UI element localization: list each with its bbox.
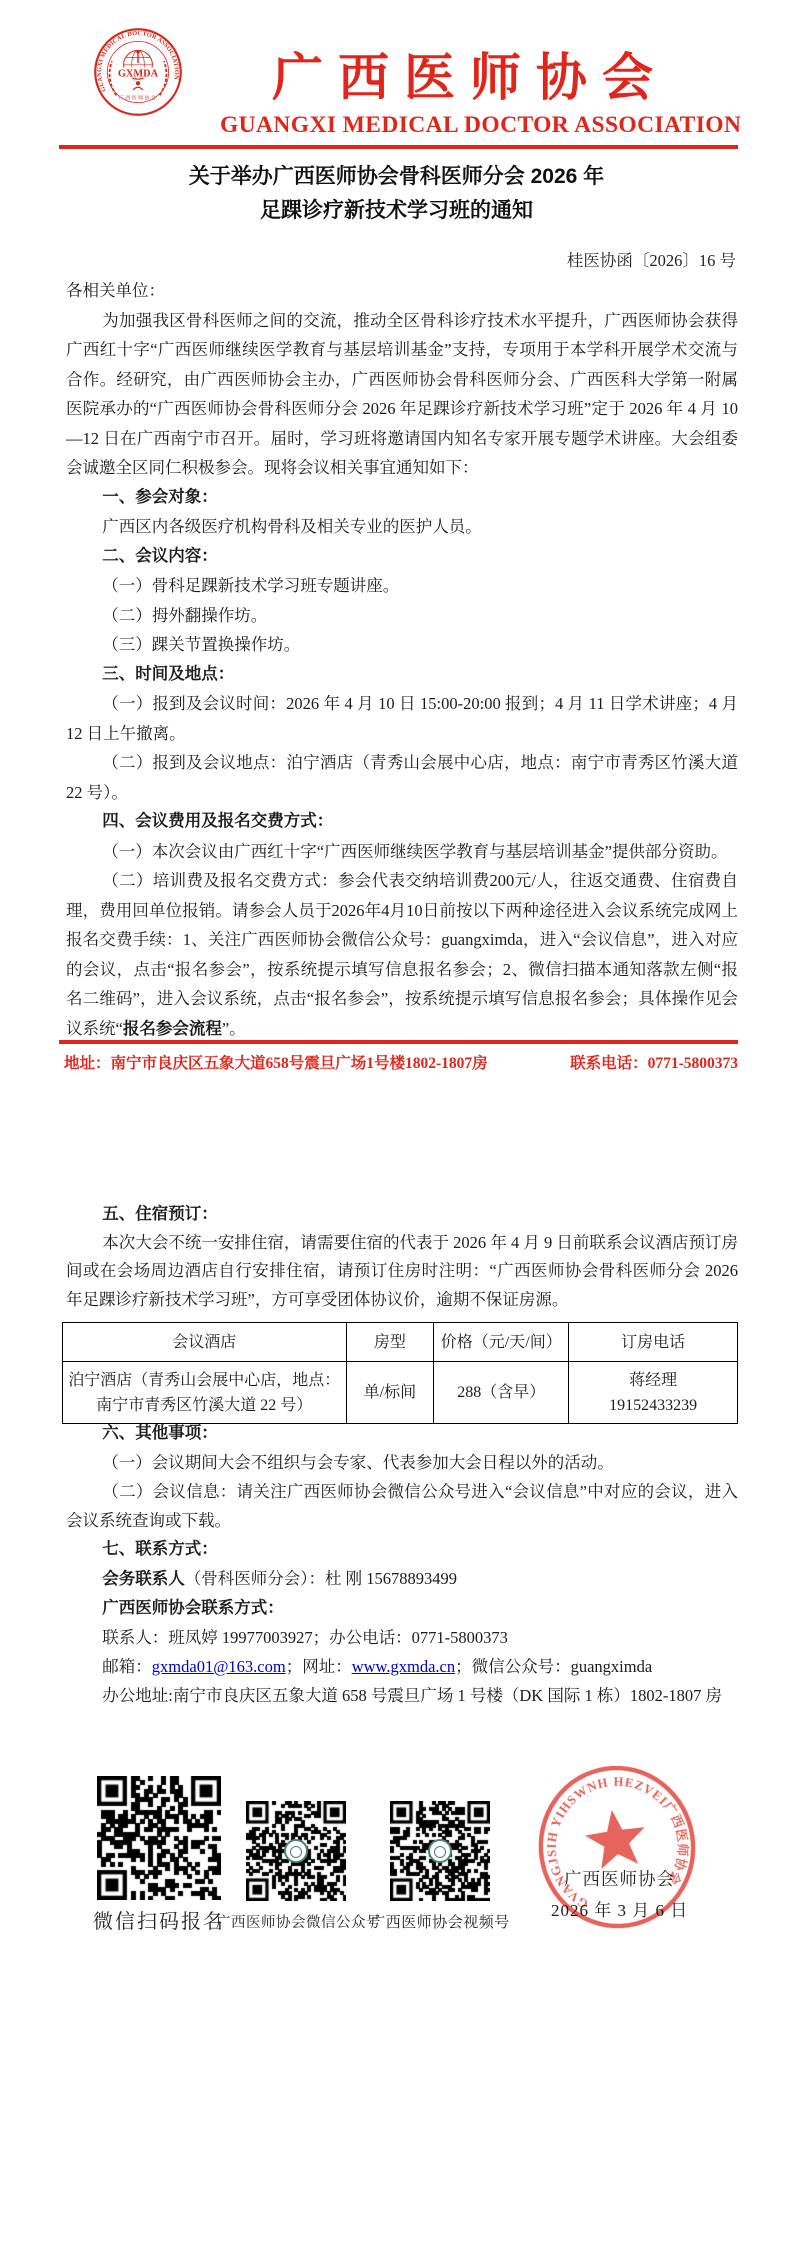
notice-body-page1: 各相关单位： 为加强我区骨科医师之间的交流，推动全区骨科诊疗技术水平提升，广西医…: [66, 276, 738, 1044]
seal-star-icon: [582, 1806, 649, 1871]
qr-center-emblem: [284, 1839, 308, 1863]
qr-center-emblem: [428, 1839, 452, 1863]
liaison-detail: （骨科医师分会）：杜 刚 15678893499: [185, 1569, 457, 1588]
hotel-name-line1: 泊宁酒店（青秀山会展中心店，地点：: [67, 1368, 342, 1393]
section-5-heading: 五、住宿预订：: [66, 1200, 738, 1229]
hotel-table: 会议酒店 房型 价格（元/天/间） 订房电话 泊宁酒店（青秀山会展中心店，地点：…: [62, 1322, 738, 1424]
salutation: 各相关单位：: [66, 276, 738, 306]
section-4-item1: （一）本次会议由广西红十字“广西医师继续医学教育与基层培训基金”提供部分资助。: [66, 837, 738, 867]
section-5-body: 本次大会不统一安排住宿，请需要住宿的代表于 2026 年 4 月 9 日前联系会…: [66, 1229, 738, 1315]
signature-date: 2026 年 3 月 6 日: [551, 1896, 688, 1921]
notice-title: 关于举办广西医师协会骨科医师分会 2026 年 足踝诊疗新技术学习班的通知: [0, 160, 793, 228]
section-4-item2-text: （二）培训费及报名交费方式：参会代表交纳培训费200元/人，往返交通费、住宿费自…: [66, 871, 738, 1038]
hotel-table-header-row: 会议酒店 房型 价格（元/天/间） 订房电话: [63, 1323, 738, 1362]
table-header-hotel: 会议酒店: [63, 1323, 347, 1362]
booking-contact-phone: 19152433239: [573, 1393, 733, 1418]
section-4-heading: 四、会议费用及报名交费方式：: [66, 807, 738, 837]
hotel-table-row: 泊宁酒店（青秀山会展中心店，地点： 南宁市青秀区竹溪大道 22 号） 单/标间 …: [63, 1362, 738, 1424]
qr-code-registration: [97, 1776, 221, 1900]
office-address-line: 办公地址:南宁市良庆区五象大道 658 号震旦广场 1 号楼（DK 国际 1 栋…: [66, 1681, 738, 1710]
org-title-en: GUANGXI MEDICAL DOCTOR ASSOCIATION: [220, 112, 720, 139]
logo-center-text: GXMDA: [118, 69, 159, 80]
notice-title-line2: 足踝诊疗新技术学习班的通知: [0, 194, 793, 228]
email-link[interactable]: gxmda01@163.com: [152, 1657, 286, 1676]
doc-number: 桂医协函〔2026〕16 号: [567, 247, 736, 271]
qr1-label: 微信扫码报名: [87, 1905, 231, 1934]
table-header-phone: 订房电话: [569, 1323, 738, 1362]
section-5: 五、住宿预订： 本次大会不统一安排住宿，请需要住宿的代表于 2026 年 4 月…: [66, 1200, 738, 1314]
qr2-label: 广西医师协会微信公众号: [216, 1911, 376, 1932]
section-6-item1: （一）会议期间大会不组织与会专家、代表参加大会日程以外的活动。: [66, 1448, 738, 1477]
section-1-body: 广西区内各级医疗机构骨科及相关专业的医护人员。: [66, 512, 738, 542]
section-3-item2: （二）报到及会议地点：泊宁酒店（青秀山会展中心店，地点：南宁市青秀区竹溪大道 2…: [66, 748, 738, 807]
email-label: 邮箱：: [102, 1657, 152, 1676]
room-type-cell: 单/标间: [346, 1362, 434, 1424]
web-label: ；网址：: [286, 1657, 352, 1676]
section-4-item2-bold: 报名参会流程: [123, 1020, 222, 1038]
svg-text:GVANGJSIH YIHSWNH HEZVEI广西医师协会: GVANGJSIH YIHSWNH HEZVEI广西医师协会: [535, 1765, 698, 1915]
footer-phone: 联系电话：0771-5800373: [570, 1051, 738, 1073]
notice-document-page: GUANGXI MEDICAL DOCTOR ASSOCIATION GXMDA…: [0, 0, 793, 2244]
intro-paragraph: 为加强我区骨科医师之间的交流，推动全区骨科诊疗技术水平提升，广西医师协会获得广西…: [66, 306, 738, 483]
section-2-item1: （一）骨科足踝新技术学习班专题讲座。: [66, 571, 738, 601]
header-divider: [59, 145, 738, 149]
section-6-item2: （二）会议信息：请关注广西医师协会微信公众号进入“会议信息”中对应的会议，进入会…: [66, 1477, 738, 1535]
liaison-line: 会务联系人（骨科医师分会）：杜 刚 15678893499: [66, 1564, 738, 1594]
qr3-label: 广西医师协会视频号: [362, 1911, 518, 1932]
header-titles: 广西医师协会 GUANGXI MEDICAL DOCTOR ASSOCIATIO…: [220, 36, 720, 139]
org-title-cn: 广西医师协会: [220, 36, 720, 110]
section-2-heading: 二、会议内容：: [66, 542, 738, 572]
section-7-heading: 七、联系方式：: [66, 1535, 738, 1564]
booking-phone-cell: 蒋经理 19152433239: [569, 1362, 738, 1424]
page1-footer: 地址：南宁市良庆区五象大道658号震旦广场1号楼1802-1807房 联系电话：…: [64, 1051, 738, 1073]
section-2-item3: （三）踝关节置换操作坊。: [66, 630, 738, 660]
liaison-label: 会务联系人: [102, 1570, 185, 1588]
assoc-contact-heading: 广西医师协会联系方式：: [66, 1594, 738, 1623]
section-4-item2-end: ”。: [222, 1019, 246, 1038]
assoc-contact-line: 联系人：班凤婷 19977003927；办公电话：0771-5800373: [66, 1623, 738, 1652]
notice-title-line1: 关于举办广西医师协会骨科医师分会 2026 年: [0, 160, 793, 194]
hotel-name-cell: 泊宁酒店（青秀山会展中心店，地点： 南宁市青秀区竹溪大道 22 号）: [63, 1362, 347, 1424]
section-1-heading: 一、参会对象：: [66, 483, 738, 513]
section-4-item2: （二）培训费及报名交费方式：参会代表交纳培训费200元/人，往返交通费、住宿费自…: [66, 866, 738, 1044]
website-link[interactable]: www.gxmda.cn: [352, 1657, 455, 1676]
footer-address: 地址：南宁市良庆区五象大道658号震旦广场1号楼1802-1807房: [64, 1051, 488, 1073]
sections-6-7: 六、其他事项： （一）会议期间大会不组织与会专家、代表参加大会日程以外的活动。 …: [66, 1419, 738, 1710]
logo-bottom-text: 广西医师协会: [119, 94, 157, 101]
wechat-label: ；微信公众号：guangximda: [455, 1657, 652, 1676]
section-3-heading: 三、时间及地点：: [66, 660, 738, 690]
section-2-item2: （二）拇外翻操作坊。: [66, 601, 738, 631]
section-6-heading: 六、其他事项：: [66, 1419, 738, 1448]
footer-divider: [59, 1040, 738, 1044]
table-header-room-type: 房型: [346, 1323, 434, 1362]
signature-org: 广西医师协会: [564, 1866, 675, 1891]
booking-contact-name: 蒋经理: [573, 1368, 733, 1393]
section-3-item1: （一）报到及会议时间：2026 年 4 月 10 日 15:00-20:00 报…: [66, 689, 738, 748]
association-logo-icon: GUANGXI MEDICAL DOCTOR ASSOCIATION GXMDA…: [93, 27, 183, 117]
email-web-line: 邮箱：gxmda01@163.com；网址：www.gxmda.cn；微信公众号…: [66, 1652, 738, 1681]
table-header-price: 价格（元/天/间）: [434, 1323, 569, 1362]
hotel-name-line2: 南宁市青秀区竹溪大道 22 号）: [67, 1393, 342, 1418]
price-cell: 288（含早）: [434, 1362, 569, 1424]
seal-arc-text: GVANGJSIH YIHSWNH HEZVEI广西医师协会: [535, 1765, 698, 1915]
